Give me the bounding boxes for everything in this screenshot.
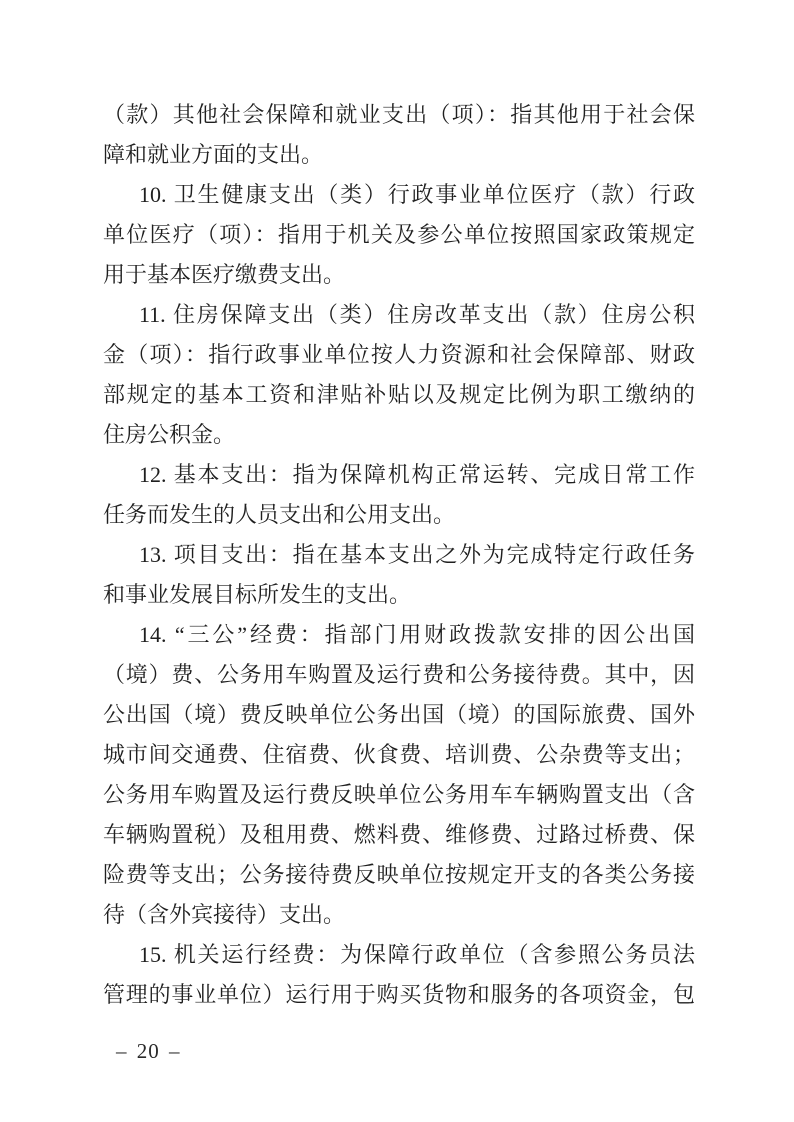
paragraph: 14. “三公”经费：指部门用财政拨款安排的因公出国（境）费、公务用车购置及运行… — [103, 615, 695, 935]
text-line: 12. 基本支出：指为保障机构正常运转、完成日常工作 — [103, 455, 695, 495]
text-line: 住房公积金。 — [103, 415, 695, 455]
text-line: 任务而发生的人员支出和公用支出。 — [103, 495, 695, 535]
text-line: 和事业发展目标所发生的支出。 — [103, 575, 695, 615]
paragraph: （款）其他社会保障和就业支出（项）：指其他用于社会保障和就业方面的支出。 — [103, 95, 695, 175]
text-line: 14. “三公”经费：指部门用财政拨款安排的因公出国 — [103, 615, 695, 655]
text-line: 10. 卫生健康支出（类）行政事业单位医疗（款）行政 — [103, 175, 695, 215]
text-line: 障和就业方面的支出。 — [103, 135, 695, 175]
text-line: 公务用车购置及运行费反映单位公务用车车辆购置支出（含 — [103, 775, 695, 815]
text-line: 城市间交通费、住宿费、伙食费、培训费、公杂费等支出； — [103, 735, 695, 775]
text-line: 待（含外宾接待）支出。 — [103, 895, 695, 935]
paragraph: 10. 卫生健康支出（类）行政事业单位医疗（款）行政单位医疗（项）：指用于机关及… — [103, 175, 695, 295]
text-line: 金（项）：指行政事业单位按人力资源和社会保障部、财政 — [103, 335, 695, 375]
text-line: 11. 住房保障支出（类）住房改革支出（款）住房公积 — [103, 295, 695, 335]
paragraph: 15. 机关运行经费：为保障行政单位（含参照公务员法管理的事业单位）运行用于购买… — [103, 935, 695, 1015]
text-line: 车辆购置税）及租用费、燃料费、维修费、过路过桥费、保 — [103, 815, 695, 855]
text-line: （款）其他社会保障和就业支出（项）：指其他用于社会保 — [103, 95, 695, 135]
text-line: 险费等支出；公务接待费反映单位按规定开支的各类公务接 — [103, 855, 695, 895]
page-number: – 20 – — [116, 1038, 181, 1064]
paragraph: 11. 住房保障支出（类）住房改革支出（款）住房公积金（项）：指行政事业单位按人… — [103, 295, 695, 455]
text-line: 公出国（境）费反映单位公务出国（境）的国际旅费、国外 — [103, 695, 695, 735]
text-line: 单位医疗（项）：指用于机关及参公单位按照国家政策规定 — [103, 215, 695, 255]
paragraph: 12. 基本支出：指为保障机构正常运转、完成日常工作任务而发生的人员支出和公用支… — [103, 455, 695, 535]
text-line: 用于基本医疗缴费支出。 — [103, 255, 695, 295]
text-line: 部规定的基本工资和津贴补贴以及规定比例为职工缴纳的 — [103, 375, 695, 415]
paragraph: 13. 项目支出：指在基本支出之外为完成特定行政任务和事业发展目标所发生的支出。 — [103, 535, 695, 615]
text-line: 15. 机关运行经费：为保障行政单位（含参照公务员法 — [103, 935, 695, 975]
text-line: 13. 项目支出：指在基本支出之外为完成特定行政任务 — [103, 535, 695, 575]
document-page: （款）其他社会保障和就业支出（项）：指其他用于社会保障和就业方面的支出。10. … — [0, 0, 794, 1122]
text-line: （境）费、公务用车购置及运行费和公务接待费。其中，因 — [103, 655, 695, 695]
text-line: 管理的事业单位）运行用于购买货物和服务的各项资金，包 — [103, 975, 695, 1015]
text-block: （款）其他社会保障和就业支出（项）：指其他用于社会保障和就业方面的支出。10. … — [103, 95, 695, 1015]
